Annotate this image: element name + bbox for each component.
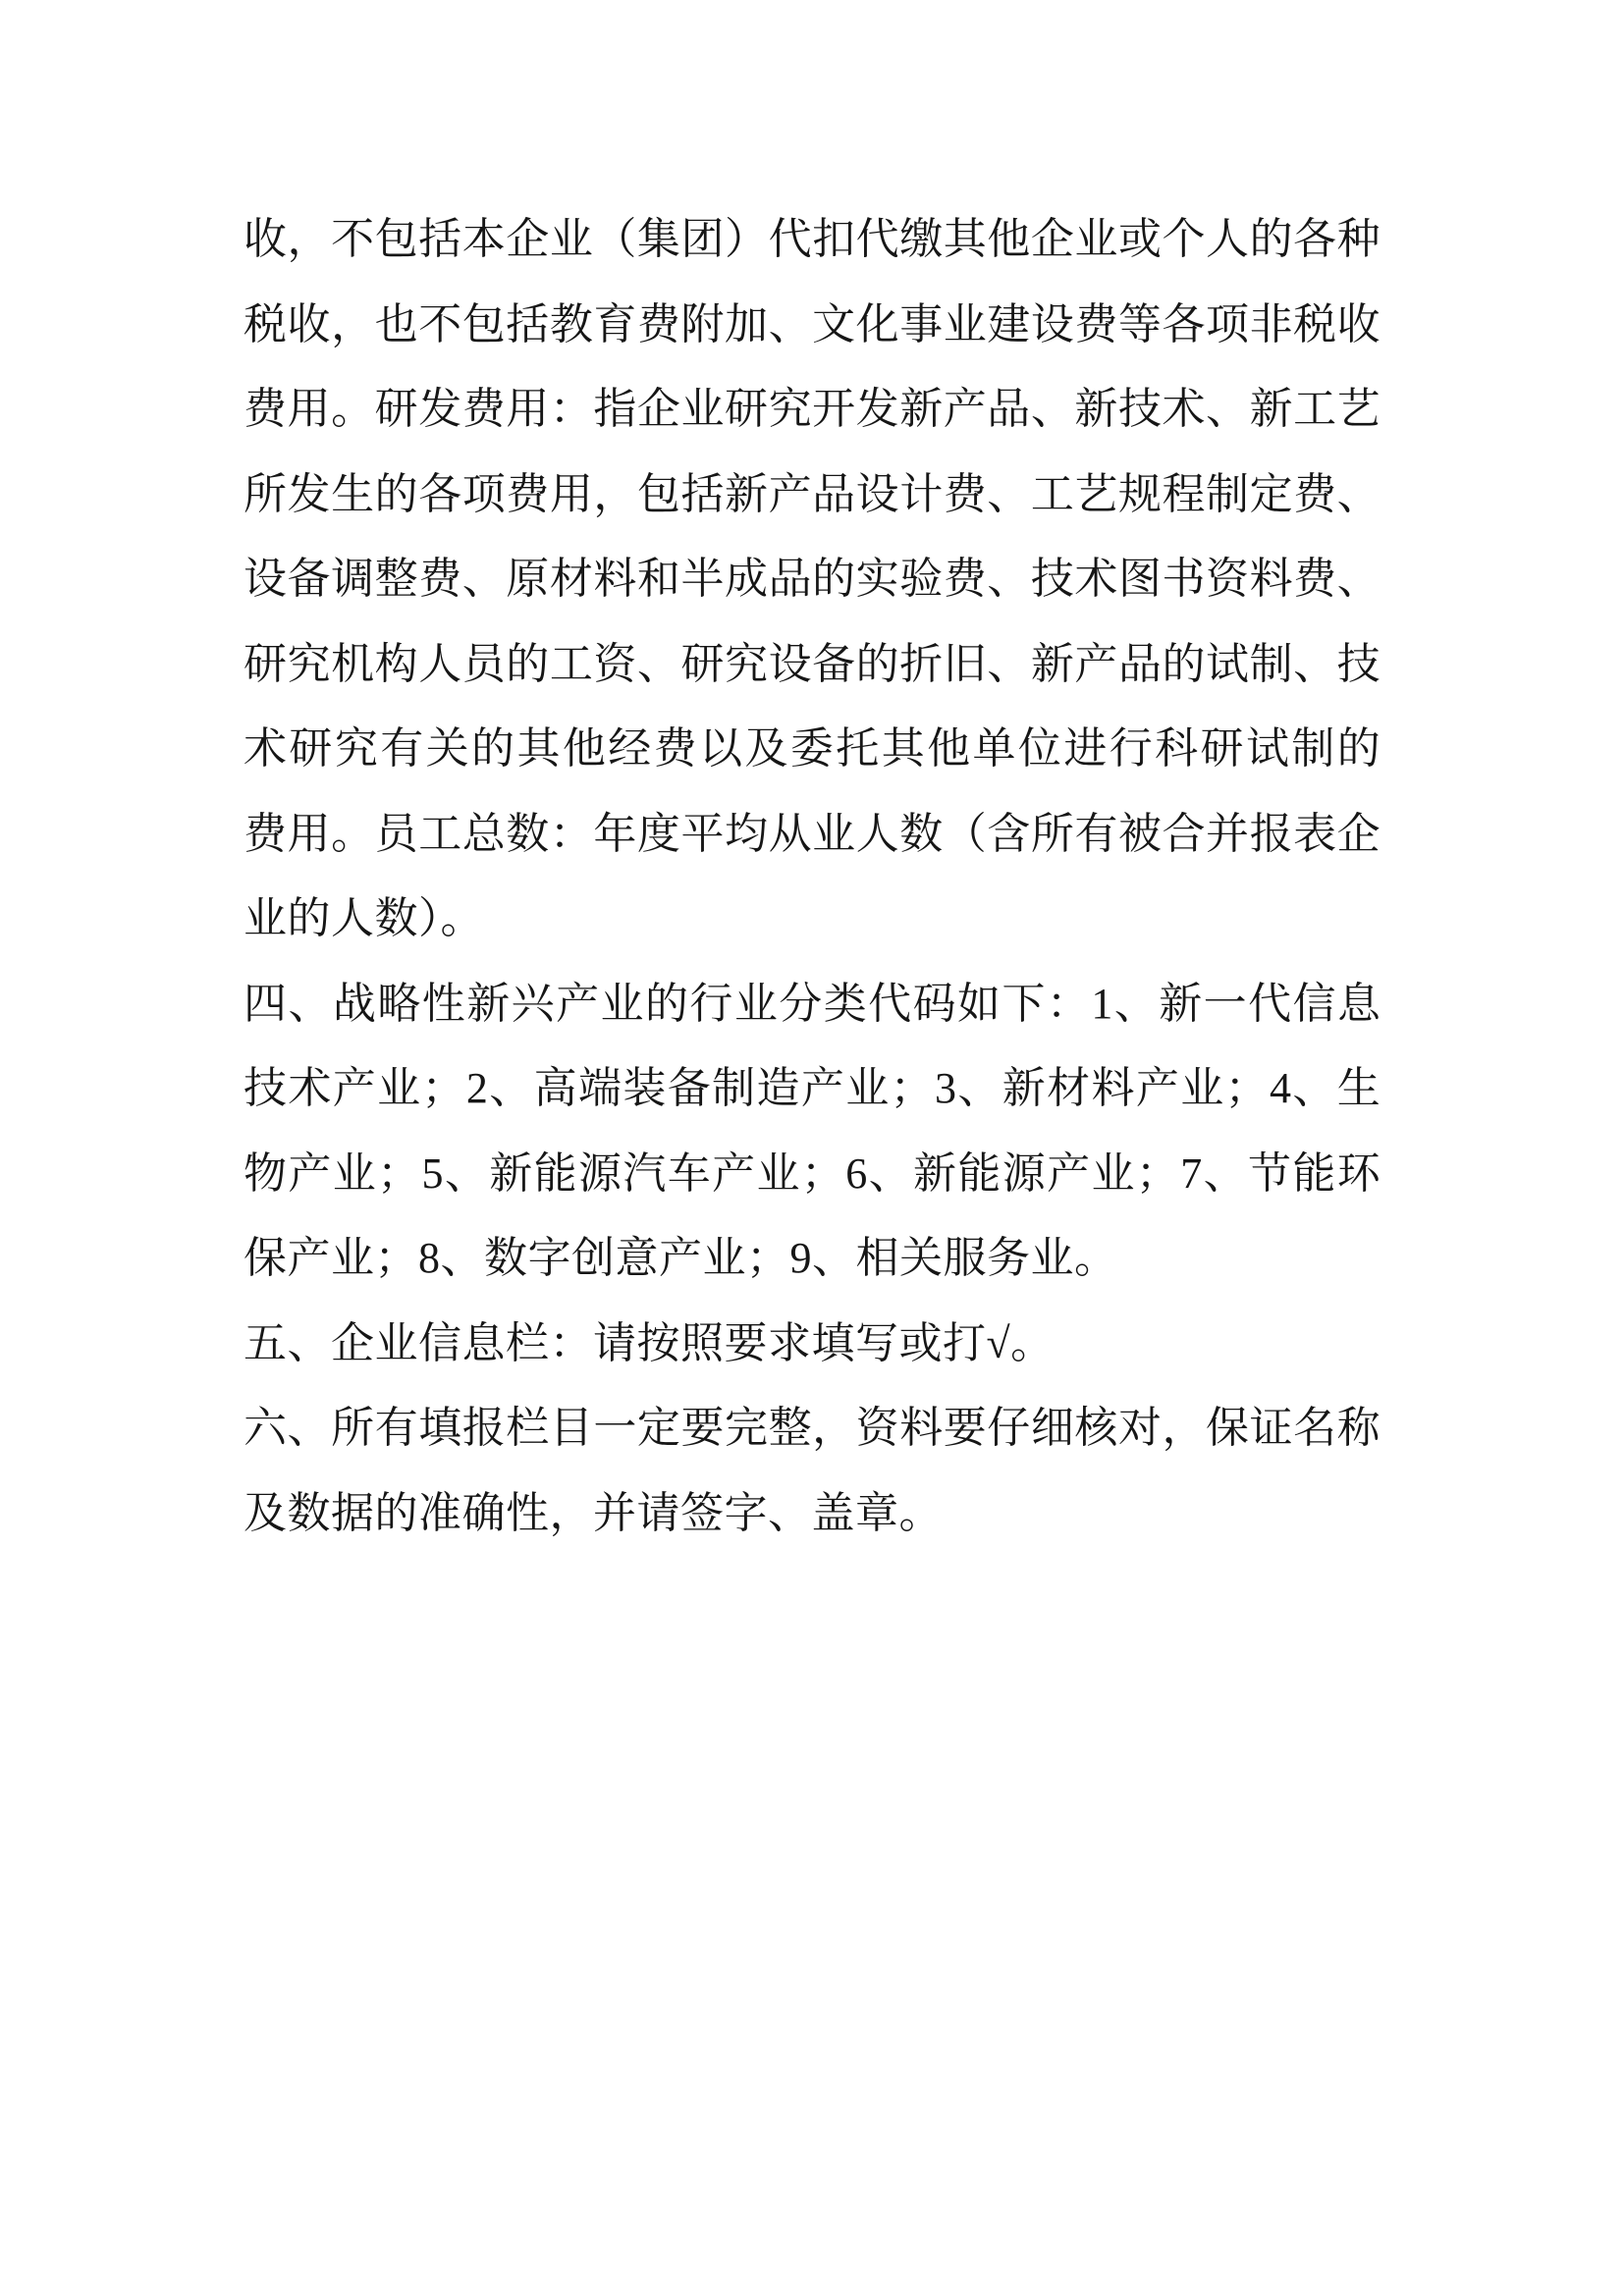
text-line: 费用。员工总数：年度平均从业人数（含所有被合并报表企 xyxy=(244,792,1380,878)
text-line: 费用。研发费用：指企业研究开发新产品、新技术、新工艺 xyxy=(244,367,1380,453)
text-line: 业的人数）。 xyxy=(244,877,1380,962)
document-page: 收，不包括本企业（集团）代扣代缴其他企业或个人的各种税收，也不包括教育费附加、文… xyxy=(0,0,1624,2296)
text-line: 及数据的准确性，并请签字、盖章。 xyxy=(244,1471,1380,1557)
text-line: 设备调整费、原材料和半成品的实验费、技术图书资料费、 xyxy=(244,537,1380,622)
text-line: 收，不包括本企业（集团）代扣代缴其他企业或个人的各种 xyxy=(244,197,1380,283)
text-line: 保产业；8、数字创意产业；9、相关服务业。 xyxy=(244,1216,1380,1302)
document-text-block: 收，不包括本企业（集团）代扣代缴其他企业或个人的各种税收，也不包括教育费附加、文… xyxy=(244,197,1380,1556)
text-line: 四、战略性新兴产业的行业分类代码如下：1、新一代信息 xyxy=(244,962,1380,1047)
text-line: 税收，也不包括教育费附加、文化事业建设费等各项非税收 xyxy=(244,283,1380,368)
text-line: 五、企业信息栏：请按照要求填写或打√。 xyxy=(244,1302,1380,1387)
text-line: 所发生的各项费用，包括新产品设计费、工艺规程制定费、 xyxy=(244,453,1380,538)
text-line: 术研究有关的其他经费以及委托其他单位进行科研试制的 xyxy=(244,707,1380,792)
text-line: 技术产业；2、高端装备制造产业；3、新材料产业；4、生 xyxy=(244,1046,1380,1132)
text-line: 研究机构人员的工资、研究设备的折旧、新产品的试制、技 xyxy=(244,622,1380,708)
text-line: 物产业；5、新能源汽车产业；6、新能源产业；7、节能环 xyxy=(244,1132,1380,1217)
text-line: 六、所有填报栏目一定要完整，资料要仔细核对，保证名称 xyxy=(244,1386,1380,1471)
